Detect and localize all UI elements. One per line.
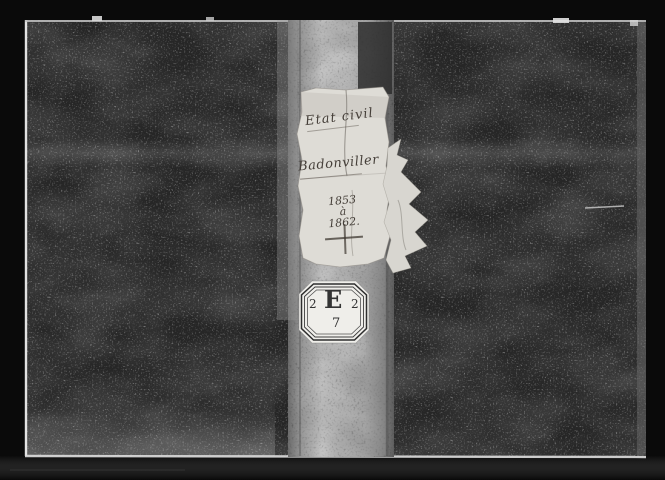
table-surface-shading — [0, 456, 665, 480]
shelfmark-item-number: 7 — [332, 316, 340, 331]
right-edge-highlight — [637, 22, 646, 456]
shelfmark-series-letter: E — [324, 285, 343, 314]
worn-bottom-left — [25, 396, 275, 456]
edge-chip — [630, 20, 638, 26]
edge-chip — [206, 17, 214, 21]
edge-chip — [553, 18, 569, 23]
shelfmark-left-number: 2 — [309, 297, 317, 311]
photo-artwork — [0, 0, 665, 480]
left-hinge-wear — [277, 20, 297, 320]
edge-chip — [92, 16, 102, 21]
spine-head-dark-patch — [358, 22, 392, 94]
archival-photo-register-cover: Etat civil Badonviller 1853 à 1862. 2 E … — [0, 0, 665, 480]
shelfmark-right-number: 2 — [351, 297, 359, 311]
